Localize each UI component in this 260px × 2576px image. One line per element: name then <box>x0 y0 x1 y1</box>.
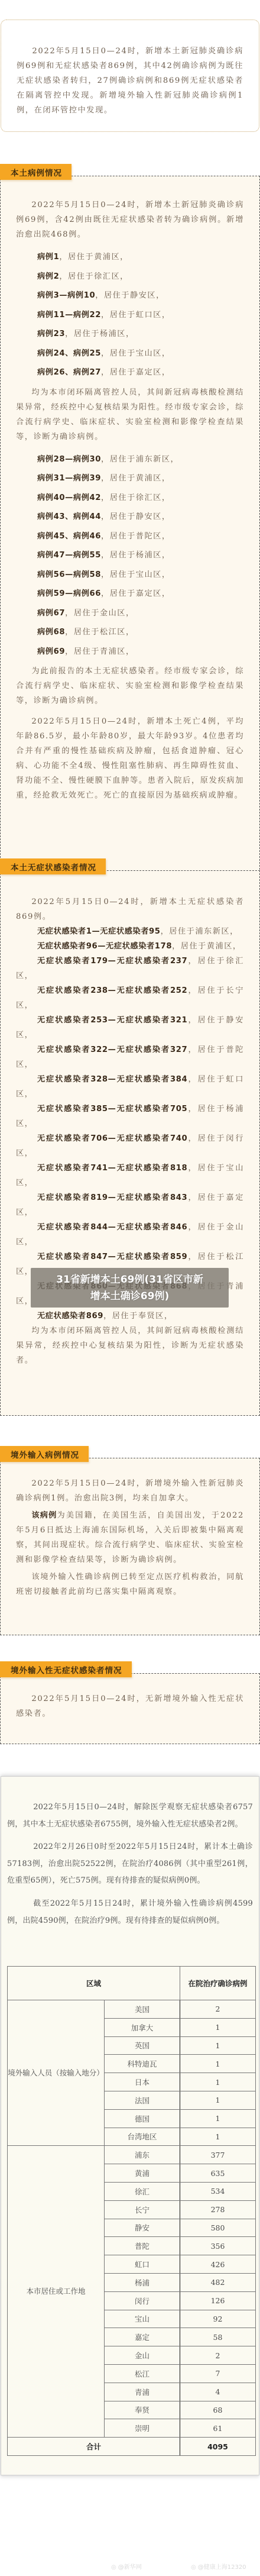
count-cell: 126 <box>180 2291 256 2310</box>
imported-case-detail: 该病例为美国籍，在美国生活，自美国出发，于2022年5月6日抵达上海浦东国际机场… <box>16 1508 244 1567</box>
region-cell: 闵行 <box>105 2291 180 2310</box>
list-item: 病例26、病例27，居住于嘉定区， <box>16 363 244 383</box>
count-cell: 377 <box>180 2146 256 2164</box>
item-location: ，居住于嘉定区， <box>101 589 171 598</box>
item-lead: 病例59—病例66 <box>37 589 101 598</box>
item-lead: 无症状感染者96—无症状感染者178 <box>37 942 172 951</box>
count-cell: 7 <box>180 2364 256 2383</box>
count-cell: 68 <box>180 2401 256 2419</box>
count-cell: 1 <box>180 2091 256 2109</box>
region-cell: 英国 <box>105 2036 180 2055</box>
count-cell: 92 <box>180 2310 256 2328</box>
list-item: 病例47—病例55，居住于杨浦区， <box>16 546 244 566</box>
item-lead: 无症状感染者328—无症状感染者384 <box>37 1075 187 1084</box>
item-location: ，居住于黄浦区， <box>101 474 171 483</box>
overlay-line-1: 31省新增本土69例(31省区市新 <box>31 1271 229 1288</box>
item-location: ，居住于青浦区， <box>65 647 135 656</box>
list-item: 病例68，居住于松江区， <box>16 623 244 643</box>
list-item: 无症状感染者741—无症状感染者818，居住于宝山区， <box>16 1161 244 1190</box>
header-count: 在院治疗确诊病例 <box>180 1967 256 2000</box>
list-item: 病例56—病例58，居住于宝山区， <box>16 566 244 585</box>
list-item: 病例11—病例22，居住于虹口区， <box>16 306 244 325</box>
region-cell: 德国 <box>105 2109 180 2128</box>
watermark-right: ◎@健康上海12320 <box>191 2562 246 2571</box>
count-cell: 278 <box>180 2200 256 2219</box>
item-lead: 无症状感染者869 <box>37 1312 103 1321</box>
item-location: ，居住于宝山区， <box>101 349 171 358</box>
section-title: 本土病例情况 <box>0 164 71 180</box>
group2-note: 为此前报告的本土无症状感染者。经市级专家会诊，综合流行病学史、临床症状、实验室检… <box>16 664 244 708</box>
list-item: 病例67，居住于金山区， <box>16 604 244 624</box>
item-location: ，居住于黄浦区， <box>59 253 129 262</box>
item-lead: 病例3—病例10 <box>37 291 95 300</box>
list-item: 病例2，居住于徐汇区， <box>16 267 244 287</box>
local-summary: 2022年5月15日0—24时，新增本土新冠肺炎确诊病例69例，含42例由既往无… <box>16 198 244 242</box>
list-item: 病例24、病例25，居住于宝山区， <box>16 344 244 364</box>
count-cell: 534 <box>180 2182 256 2200</box>
count-cell: 1 <box>180 2036 256 2055</box>
count-cell: 580 <box>180 2219 256 2237</box>
imported-note: 该境外输入性确诊病例已转至定点医疗机构救治，同航班密切接触者此前均已落实集中隔离… <box>16 1570 244 1599</box>
item-location: ，居住于宝山区， <box>101 570 171 579</box>
intro-box: 2022年5月15日0—24时，新增本土新冠肺炎确诊病例69例和无症状感染者86… <box>1 20 259 132</box>
header-region: 区域 <box>8 1967 180 2000</box>
item-lead: 病例31—病例39 <box>37 474 101 483</box>
item-lead: 无症状感染者385—无症状感染者705 <box>37 1105 187 1113</box>
region-cell: 杨浦 <box>105 2273 180 2291</box>
region-cell: 金山 <box>105 2346 180 2365</box>
table-row: 境外输入人员（按输入地分）美国2 <box>8 2000 256 2019</box>
item-lead: 病例11—病例22 <box>37 311 101 319</box>
item-location: ，居住于奉贤区， <box>103 1312 173 1321</box>
section-title: 境外输入性无症状感染者情况 <box>0 1661 132 1677</box>
overlay-line-2: 增本土确诊69例) <box>31 1288 229 1305</box>
list-item: 病例43、病例44，居住于静安区， <box>16 508 244 527</box>
item-location: ，居住于普陀区， <box>101 532 171 541</box>
section-title: 境外输入病例情况 <box>0 1446 89 1462</box>
item-lead: 无症状感染者179—无症状感染者237 <box>37 957 187 966</box>
item-location: ，居住于松江区， <box>65 628 135 637</box>
list-item: 无症状感染者819—无症状感染者843，居住于嘉定区， <box>16 1190 244 1220</box>
section-body: 2022年5月15日0—24时，无新增境外输入性无症状感染者。 <box>0 1673 260 1744</box>
section-body: 2022年5月15日0—24时，新增本土无症状感染者869例。 无症状感染者1—… <box>0 870 260 1416</box>
table-body: 境外输入人员（按输入地分）美国2加拿大1英国1科特迪瓦1日本1法国1德国1台湾地… <box>8 2000 256 2456</box>
count-cell: 4 <box>180 2383 256 2401</box>
item-location: ，居住于杨浦区， <box>101 551 171 560</box>
region-cell: 嘉定 <box>105 2328 180 2346</box>
region-cell: 青浦 <box>105 2383 180 2401</box>
case-list-group1: 病例1，居住于黄浦区，病例2，居住于徐汇区，病例3—病例10，居住于静安区，病例… <box>16 248 244 383</box>
section-title: 本土无症状感染者情况 <box>0 858 106 874</box>
count-cell: 1 <box>180 2128 256 2146</box>
item-lead: 无症状感染者253—无症状感染者321 <box>37 1016 187 1025</box>
region-cell: 科特迪瓦 <box>105 2055 180 2073</box>
item-lead: 病例69 <box>37 647 65 656</box>
section-body: 2022年5月15日0—24时，新增本土新冠肺炎确诊病例69例，含42例由既往无… <box>0 176 260 882</box>
table-row: 本市居住或工作地浦东377 <box>8 2146 256 2164</box>
item-location: ，居住于徐汇区， <box>101 493 171 502</box>
asymptomatic-list: 无症状感染者1—无症状感染者95，居住于浦东新区，无症状感染者96—无症状感染者… <box>16 924 244 1323</box>
deaths-paragraph: 2022年5月15日0—24时，新增本土死亡4例，平均年龄86.5岁，最小年龄8… <box>16 714 244 803</box>
item-lead: 无症状感染者847—无症状感染者859 <box>37 1253 187 1261</box>
item-lead: 病例1 <box>37 253 59 262</box>
group-cell: 本市居住或工作地 <box>8 2146 105 2438</box>
region-cell: 法国 <box>105 2091 180 2109</box>
summary-cumulative-local: 2022年2月26日0时至2022年5月15日24时，累计本土确诊57183例，… <box>7 1839 253 1890</box>
region-cell: 宝山 <box>105 2310 180 2328</box>
item-lead: 无症状感染者322—无症状感染者327 <box>37 1045 187 1054</box>
count-cell: 61 <box>180 2419 256 2438</box>
item-lead: 病例28—病例30 <box>37 455 101 464</box>
list-item: 无症状感染者844—无症状感染者846，居住于金山区， <box>16 1220 244 1250</box>
hospitalized-table: 区域 在院治疗确诊病例 境外输入人员（按输入地分）美国2加拿大1英国1科特迪瓦1… <box>7 1966 256 2456</box>
count-cell: 356 <box>180 2237 256 2255</box>
watermarks: ◎@新华网 ◎@健康上海12320 <box>0 2562 260 2574</box>
list-item: 病例31—病例39，居住于黄浦区， <box>16 469 244 489</box>
region-cell: 静安 <box>105 2219 180 2237</box>
item-location: ，居住于嘉定区， <box>101 368 171 377</box>
item-lead: 无症状感染者238—无症状感染者252 <box>37 986 187 995</box>
table-total-row: 合计4095 <box>8 2438 256 2456</box>
item-lead: 无症状感染者819—无症状感染者843 <box>37 1193 187 1202</box>
list-item: 无症状感染者322—无症状感染者327，居住于普陀区， <box>16 1042 244 1072</box>
item-lead: 病例23 <box>37 330 65 338</box>
count-cell: 58 <box>180 2328 256 2346</box>
list-item: 病例45、病例46，居住于普陀区， <box>16 527 244 547</box>
list-item: 病例69，居住于青浦区， <box>16 643 244 662</box>
imported-asym-summary: 2022年5月15日0—24时，无新增境外输入性无症状感染者。 <box>16 1691 244 1721</box>
item-location: ，居住于静安区， <box>101 512 171 521</box>
region-cell: 台湾地区 <box>105 2128 180 2146</box>
case-list-group2: 病例28—病例30，居住于浦东新区，病例31—病例39，居住于黄浦区，病例40—… <box>16 450 244 662</box>
summary-discharge: 2022年5月15日0—24时，解除医学观察无症状感染者6757例，其中本土无症… <box>7 1799 253 1833</box>
caption-overlay: 31省新增本土69例(31省区市新 增本土确诊69例) <box>31 1268 229 1308</box>
count-cell: 2 <box>180 2346 256 2365</box>
list-item: 无症状感染者328—无症状感染者384，居住于虹口区， <box>16 1072 244 1102</box>
list-item: 无症状感染者1—无症状感染者95，居住于浦东新区， <box>16 924 244 939</box>
region-cell: 加拿大 <box>105 2018 180 2036</box>
item-lead: 无症状感染者844—无症状感染者846 <box>37 1223 187 1232</box>
item-lead: 病例47—病例55 <box>37 551 101 560</box>
summary-cumulative-imported: 截至2022年5月15日24时，累计境外输入性确诊病例4599例，出院4590例… <box>7 1896 253 1929</box>
item-location: ，居住于静安区， <box>95 291 165 300</box>
region-cell: 长宁 <box>105 2200 180 2219</box>
list-item: 无症状感染者238—无症状感染者252，居住于长宁区， <box>16 983 244 1013</box>
item-location: ，居住于黄浦区， <box>172 942 242 951</box>
summary-box: 2022年5月15日0—24时，解除医学观察无症状感染者6757例，其中本土无症… <box>1 1776 259 2475</box>
intro-paragraph: 2022年5月15日0—24时，新增本土新冠肺炎确诊病例69例和无症状感染者86… <box>17 44 243 118</box>
item-lead: 病例67 <box>37 609 65 618</box>
list-item: 病例59—病例66，居住于嘉定区， <box>16 585 244 604</box>
count-cell: 426 <box>180 2255 256 2274</box>
watermark-left: ◎@新华网 <box>111 2562 142 2571</box>
weibo-icon: ◎ <box>111 2564 116 2571</box>
region-cell: 美国 <box>105 2000 180 2019</box>
item-lead: 病例56—病例58 <box>37 570 101 579</box>
item-lead: 无症状感染者741—无症状感染者818 <box>37 1164 187 1173</box>
count-cell: 635 <box>180 2164 256 2183</box>
list-item: 无症状感染者706—无症状感染者740，居住于闵行区， <box>16 1131 244 1161</box>
list-item: 病例3—病例10，居住于静安区， <box>16 286 244 306</box>
count-cell: 482 <box>180 2273 256 2291</box>
case-lead: 该病例 <box>31 1511 57 1520</box>
region-cell: 松江 <box>105 2364 180 2383</box>
region-cell: 徐汇 <box>105 2182 180 2200</box>
item-lead: 病例45、病例46 <box>37 532 101 541</box>
region-cell: 虹口 <box>105 2255 180 2274</box>
item-lead: 无症状感染者706—无症状感染者740 <box>37 1134 187 1143</box>
list-item: 无症状感染者869，居住于奉贤区， <box>16 1309 244 1323</box>
item-lead: 病例68 <box>37 628 65 637</box>
region-cell: 日本 <box>105 2073 180 2091</box>
count-cell: 1 <box>180 2018 256 2036</box>
section-body: 2022年5月15日0—24时，新增境外输入性新冠肺炎确诊病例1例。治愈出院3例… <box>0 1458 260 1635</box>
asym-note: 均为本市闭环隔离管控人员，其间新冠病毒核酸检测结果异常，经疾控中心复核结果为阳性… <box>16 1323 244 1368</box>
item-lead: 病例43、病例44 <box>37 512 101 521</box>
total-label: 合计 <box>8 2438 180 2456</box>
imported-summary: 2022年5月15日0—24时，新增境外输入性新冠肺炎确诊病例1例。治愈出院3例… <box>16 1476 244 1506</box>
item-lead: 病例26、病例27 <box>37 368 101 377</box>
region-cell: 黄浦 <box>105 2164 180 2183</box>
total-value: 4095 <box>180 2438 256 2456</box>
count-cell: 1 <box>180 2073 256 2091</box>
list-item: 病例28—病例30，居住于浦东新区， <box>16 450 244 470</box>
count-cell: 1 <box>180 2109 256 2128</box>
item-location: ，居住于徐汇区， <box>59 272 129 281</box>
list-item: 病例40—病例42，居住于徐汇区， <box>16 489 244 508</box>
item-lead: 病例40—病例42 <box>37 493 101 502</box>
count-cell: 2 <box>180 2000 256 2019</box>
asym-summary: 2022年5月15日0—24时，新增本土无症状感染者869例。 <box>16 895 244 924</box>
item-location: ，居住于金山区， <box>65 609 135 618</box>
item-location: ，居住于浦东新区， <box>161 927 239 936</box>
list-item: 病例1，居住于黄浦区， <box>16 248 244 267</box>
article-page: 2022年5月15日0—24时，新增本土新冠肺炎确诊病例69例和无症状感染者86… <box>0 0 260 2576</box>
region-cell: 普陀 <box>105 2237 180 2255</box>
item-location: ，居住于杨浦区， <box>65 330 135 338</box>
item-lead: 无症状感染者1—无症状感染者95 <box>37 927 161 936</box>
count-cell: 1 <box>180 2055 256 2073</box>
list-item: 无症状感染者179—无症状感染者237，居住于徐汇区， <box>16 954 244 983</box>
item-lead: 病例24、病例25 <box>37 349 101 358</box>
list-item: 无症状感染者96—无症状感染者178，居住于黄浦区， <box>16 939 244 954</box>
item-location: ，居住于浦东新区， <box>101 455 179 464</box>
group1-note: 均为本市闭环隔离管控人员，其间新冠病毒核酸检测结果异常，经疾控中心复核结果为阳性… <box>16 385 244 444</box>
list-item: 无症状感染者385—无症状感染者705，居住于杨浦区， <box>16 1102 244 1131</box>
list-item: 无症状感染者253—无症状感染者321，居住于静安区， <box>16 1013 244 1042</box>
item-location: ，居住于虹口区， <box>101 311 171 319</box>
weibo-icon: ◎ <box>191 2564 196 2571</box>
region-cell: 崇明 <box>105 2419 180 2438</box>
region-cell: 奉贤 <box>105 2401 180 2419</box>
item-lead: 病例2 <box>37 272 59 281</box>
table-header-row: 区域 在院治疗确诊病例 <box>8 1967 256 2000</box>
list-item: 病例23，居住于杨浦区， <box>16 325 244 344</box>
region-cell: 浦东 <box>105 2146 180 2164</box>
group-cell: 境外输入人员（按输入地分） <box>8 2000 105 2146</box>
